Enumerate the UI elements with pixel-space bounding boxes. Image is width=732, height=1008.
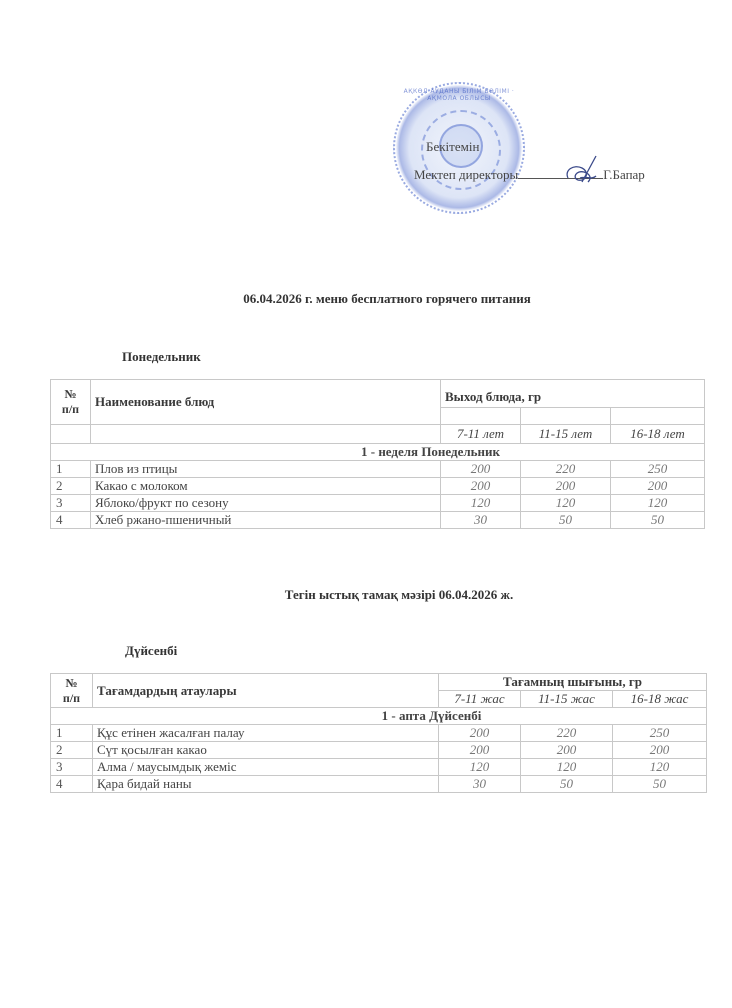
portion-value: 50 bbox=[611, 512, 705, 529]
day-label-kz: Дүйсенбі bbox=[125, 643, 177, 659]
portion-value: 250 bbox=[611, 461, 705, 478]
row-number: 4 bbox=[51, 512, 91, 529]
age-group: 11-15 жас bbox=[521, 691, 613, 708]
portion-value: 200 bbox=[521, 478, 611, 495]
approved-label: Бекітемін bbox=[426, 139, 479, 155]
dish-name: Алма / маусымдық жеміс bbox=[93, 759, 439, 776]
header-number: №п/п bbox=[51, 380, 91, 425]
portion-value: 220 bbox=[521, 725, 613, 742]
row-number: 4 bbox=[51, 776, 93, 793]
portion-value: 120 bbox=[439, 759, 521, 776]
portion-value: 120 bbox=[441, 495, 521, 512]
header-yield: Тағамның шығыны, гр bbox=[439, 674, 707, 691]
age-empty-cell bbox=[91, 425, 441, 444]
director-signature-line: Мектеп директорыГ.Бапар bbox=[414, 166, 645, 183]
header-empty-cell bbox=[611, 408, 705, 425]
row-number: 1 bbox=[51, 725, 93, 742]
dish-name: Какао с молоком bbox=[91, 478, 441, 495]
row-number: 2 bbox=[51, 478, 91, 495]
portion-value: 220 bbox=[521, 461, 611, 478]
age-empty-cell bbox=[51, 425, 91, 444]
director-title: Мектеп директоры bbox=[414, 167, 518, 182]
portion-value: 200 bbox=[441, 478, 521, 495]
portion-value: 200 bbox=[441, 461, 521, 478]
header-yield: Выход блюда, гр bbox=[441, 380, 705, 408]
portion-value: 50 bbox=[521, 512, 611, 529]
portion-value: 120 bbox=[613, 759, 707, 776]
table-row: 4 Хлеб ржано-пшеничный 30 50 50 bbox=[51, 512, 705, 529]
row-number: 3 bbox=[51, 495, 91, 512]
age-group: 7-11 жас bbox=[439, 691, 521, 708]
header-dish-name: Наименование блюд bbox=[91, 380, 441, 425]
portion-value: 250 bbox=[613, 725, 707, 742]
stamp-text: АҚКӨЛ АУДАНЫ БІЛІМ БӨЛІМІ · АҚМОЛА ОБЛЫС… bbox=[401, 88, 517, 102]
age-group: 16-18 лет bbox=[611, 425, 705, 444]
header-empty-cell bbox=[441, 408, 521, 425]
dish-name: Хлеб ржано-пшеничный bbox=[91, 512, 441, 529]
week-label: 1 - неделя Понедельник bbox=[51, 444, 705, 461]
week-label: 1 - апта Дүйсенбі bbox=[51, 708, 707, 725]
age-group: 16-18 жас bbox=[613, 691, 707, 708]
portion-value: 50 bbox=[521, 776, 613, 793]
menu-title-kz: Тегін ыстық тамақ мәзірі 06.04.2026 ж. bbox=[0, 587, 732, 603]
table-row: 2 Какао с молоком 200 200 200 bbox=[51, 478, 705, 495]
table-row: 4 Қара бидай наны 30 50 50 bbox=[51, 776, 707, 793]
portion-value: 200 bbox=[611, 478, 705, 495]
portion-value: 200 bbox=[613, 742, 707, 759]
portion-value: 200 bbox=[439, 742, 521, 759]
menu-title-ru: 06.04.2026 г. меню бесплатного горячего … bbox=[0, 291, 732, 307]
dish-name: Яблоко/фрукт по сезону bbox=[91, 495, 441, 512]
table-row: 2 Сүт қосылған какао 200 200 200 bbox=[51, 742, 707, 759]
portion-value: 200 bbox=[439, 725, 521, 742]
portion-value: 120 bbox=[521, 495, 611, 512]
age-group: 7-11 лет bbox=[441, 425, 521, 444]
menu-table-ru: №п/п Наименование блюд Выход блюда, гр 7… bbox=[50, 379, 705, 529]
dish-name: Сүт қосылған какао bbox=[93, 742, 439, 759]
day-label-ru: Понедельник bbox=[122, 349, 201, 365]
table-row: 3 Алма / маусымдық жеміс 120 120 120 bbox=[51, 759, 707, 776]
header-number: №п/п bbox=[51, 674, 93, 708]
age-group: 11-15 лет bbox=[521, 425, 611, 444]
dish-name: Құс етінен жасалған палау bbox=[93, 725, 439, 742]
director-name: Г.Бапар bbox=[603, 167, 645, 182]
portion-value: 120 bbox=[521, 759, 613, 776]
header-empty-cell bbox=[521, 408, 611, 425]
row-number: 3 bbox=[51, 759, 93, 776]
table-row: 1 Құс етінен жасалған палау 200 220 250 bbox=[51, 725, 707, 742]
table-row: 1 Плов из птицы 200 220 250 bbox=[51, 461, 705, 478]
portion-value: 30 bbox=[439, 776, 521, 793]
signature-icon bbox=[560, 148, 608, 188]
portion-value: 120 bbox=[611, 495, 705, 512]
row-number: 1 bbox=[51, 461, 91, 478]
portion-value: 30 bbox=[441, 512, 521, 529]
header-dish-name: Тағамдардың атаулары bbox=[93, 674, 439, 708]
portion-value: 200 bbox=[521, 742, 613, 759]
dish-name: Қара бидай наны bbox=[93, 776, 439, 793]
table-row: 3 Яблоко/фрукт по сезону 120 120 120 bbox=[51, 495, 705, 512]
row-number: 2 bbox=[51, 742, 93, 759]
dish-name: Плов из птицы bbox=[91, 461, 441, 478]
portion-value: 50 bbox=[613, 776, 707, 793]
menu-table-kz: №п/п Тағамдардың атаулары Тағамның шығын… bbox=[50, 673, 707, 793]
